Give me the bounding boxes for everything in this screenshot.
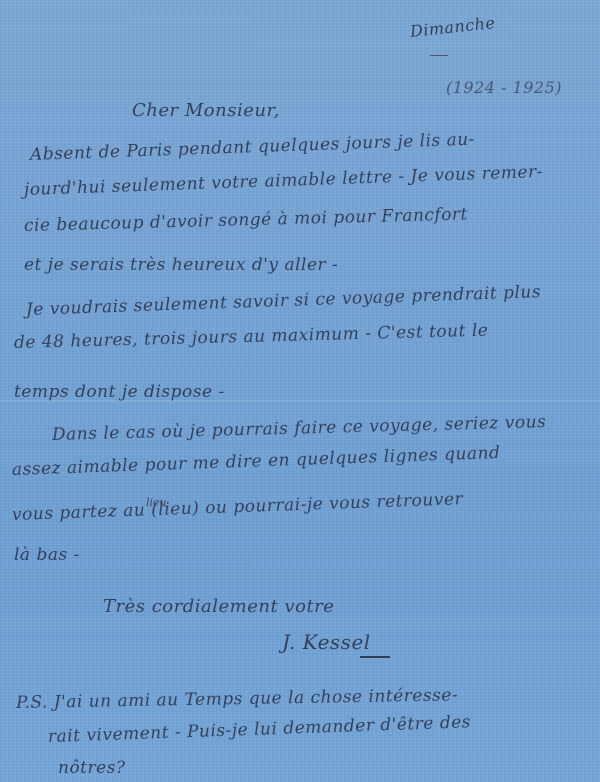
body-line-10: vous partez au (lieu) ou pourrai-je vous… <box>12 489 464 525</box>
handwritten-letter-page: Dimanche (1924 - 1925) Cher Monsieur, Ab… <box>0 0 600 782</box>
body-line-4: et je serais très heureux d'y aller - <box>24 255 338 275</box>
body-line-9: assez aimable pour me dire en quelques l… <box>12 443 501 480</box>
body-line-11: là bas - <box>14 545 80 565</box>
body-line-3: cie beaucoup d'avoir songé à moi pour Fr… <box>24 204 468 236</box>
body-line-8: Dans le cas où je pourrais faire ce voya… <box>52 412 547 445</box>
postscript-line-1: P.S. J'ai un ami au Temps que la chose i… <box>16 685 458 713</box>
body-line-6: de 48 heures, trois jours au maximum - C… <box>14 321 489 353</box>
postscript-line-3: nôtres? <box>58 758 126 778</box>
letter-salutation: Cher Monsieur, <box>132 100 280 121</box>
letter-date-day: Dimanche <box>409 13 496 41</box>
letter-date-year: (1924 - 1925) <box>446 78 562 97</box>
body-line-2: jourd'hui seulement votre aimable lettre… <box>24 162 544 200</box>
letter-closing: Très cordialement votre <box>103 596 334 617</box>
body-line-5: Je voudrais seulement savoir si ce voyag… <box>26 282 542 320</box>
body-line-1: Absent de Paris pendant quelques jours j… <box>30 129 476 165</box>
date-dash <box>430 55 448 56</box>
postscript-line-2: rait vivement - Puis-je lui demander d'ê… <box>48 712 472 747</box>
letter-signature: J. Kessel <box>282 630 371 654</box>
body-line-7: temps dont je dispose - <box>14 382 225 402</box>
signature-underline <box>360 656 390 658</box>
